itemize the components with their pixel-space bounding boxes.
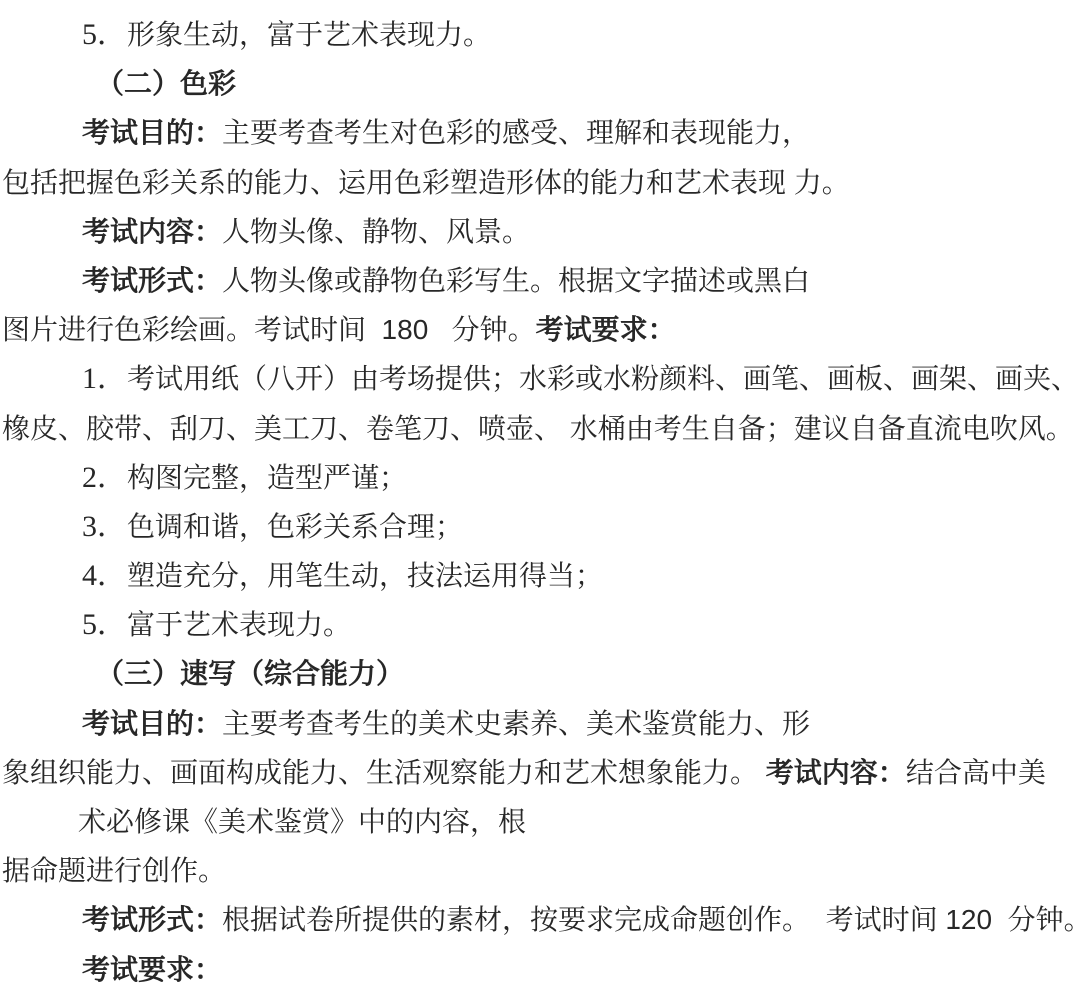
body-text: 据命题进行创作。 — [2, 855, 226, 886]
list-number: 5． — [82, 18, 127, 51]
text-line: 2．构图完整，造型严谨； — [0, 453, 1080, 502]
label-text: （三）速写（综合能力） — [96, 658, 404, 689]
text-line: 考试形式：人物头像或静物色彩写生。根据文字描述或黑白 — [0, 256, 1080, 305]
body-text: 主要考查考生对色彩的感受、理解和表现能力， — [222, 117, 810, 148]
text-line: 考试内容：人物头像、静物、风景。 — [0, 207, 1080, 256]
body-text: 人物头像、静物、风景。 — [222, 216, 530, 247]
label-text: 考试形式： — [82, 265, 222, 296]
body-text: 结合高中美 — [906, 757, 1046, 788]
body-text: 富于艺术表现力。 — [127, 609, 351, 640]
label-text: 考试目的： — [82, 117, 222, 148]
body-text: 橡皮、胶带、刮刀、美工刀、卷笔刀、喷壶、 水桶由考生自备；建议自备直流电吹风。 — [2, 413, 1074, 444]
body-text: 人物头像或静物色彩写生。根据文字描述或黑白 — [222, 265, 810, 296]
text-line: 5．富于艺术表现力。 — [0, 600, 1080, 649]
body-text: 考试用纸（八开）由考场提供；水彩或水粉颜料、画笔、画板、画架、画夹、 — [127, 363, 1079, 394]
body-text: 主要考查考生的美术史素养、美术鉴赏能力、形 — [222, 708, 810, 739]
document-body: 5．形象生动，富于艺术表现力。（二）色彩考试目的：主要考查考生对色彩的感受、理解… — [0, 10, 1080, 994]
label-text: 考试目的： — [82, 708, 222, 739]
text-line: 术必修课《美术鉴赏》中的内容，根 — [0, 797, 1080, 846]
text-line: （三）速写（综合能力） — [0, 649, 1080, 698]
label-text: 考试要求： — [536, 314, 676, 345]
text-line: 据命题进行创作。 — [0, 846, 1080, 895]
text-line: 3．色调和谐，色彩关系合理； — [0, 502, 1080, 551]
body-text: 塑造充分，用笔生动，技法运用得当； — [127, 560, 603, 591]
text-line: 5．形象生动，富于艺术表现力。 — [0, 10, 1080, 59]
label-text: 考试内容： — [766, 757, 906, 788]
text-line: 1．考试用纸（八开）由考场提供；水彩或水粉颜料、画笔、画板、画架、画夹、 — [0, 354, 1080, 403]
list-number: 2． — [82, 461, 127, 494]
body-text: 包括把握色彩关系的能力、运用色彩塑造形体的能力和艺术表现 力。 — [2, 167, 850, 198]
label-text: 考试形式： — [82, 904, 222, 935]
list-number: 4． — [82, 559, 127, 592]
text-line: （二）色彩 — [0, 59, 1080, 108]
label-text: 考试内容： — [82, 216, 222, 247]
text-line: 包括把握色彩关系的能力、运用色彩塑造形体的能力和艺术表现 力。 — [0, 158, 1080, 207]
body-text: 根据试卷所提供的素材，按要求完成命题创作。 考试时间 120 分钟。 — [222, 904, 1080, 935]
text-line: 考试目的：主要考查考生的美术史素养、美术鉴赏能力、形 — [0, 699, 1080, 748]
label-text: （二）色彩 — [96, 68, 236, 99]
body-text: 象组织能力、画面构成能力、生活观察能力和艺术想象能力。 — [2, 757, 766, 788]
body-text: 色调和谐，色彩关系合理； — [127, 511, 463, 542]
body-text: 形象生动，富于艺术表现力。 — [127, 19, 491, 50]
text-line: 考试形式：根据试卷所提供的素材，按要求完成命题创作。 考试时间 120 分钟。 — [0, 895, 1080, 944]
list-number: 1． — [82, 362, 127, 395]
text-line: 图片进行色彩绘画。考试时间 180 分钟。考试要求： — [0, 305, 1080, 354]
label-text: 考试要求： — [82, 954, 222, 985]
text-line: 4．塑造充分，用笔生动，技法运用得当； — [0, 551, 1080, 600]
list-number: 3． — [82, 510, 127, 543]
document-page: 5．形象生动，富于艺术表现力。（二）色彩考试目的：主要考查考生对色彩的感受、理解… — [0, 0, 1080, 1003]
text-line: 象组织能力、画面构成能力、生活观察能力和艺术想象能力。 考试内容：结合高中美 — [0, 748, 1080, 797]
text-line: 橡皮、胶带、刮刀、美工刀、卷笔刀、喷壶、 水桶由考生自备；建议自备直流电吹风。 — [0, 404, 1080, 453]
body-text: 术必修课《美术鉴赏》中的内容，根 — [78, 806, 526, 837]
list-number: 5． — [82, 608, 127, 641]
text-line: 考试要求： — [0, 945, 1080, 994]
body-text: 图片进行色彩绘画。考试时间 180 分钟。 — [2, 314, 536, 345]
body-text: 构图完整，造型严谨； — [127, 462, 407, 493]
text-line: 考试目的：主要考查考生对色彩的感受、理解和表现能力， — [0, 108, 1080, 157]
